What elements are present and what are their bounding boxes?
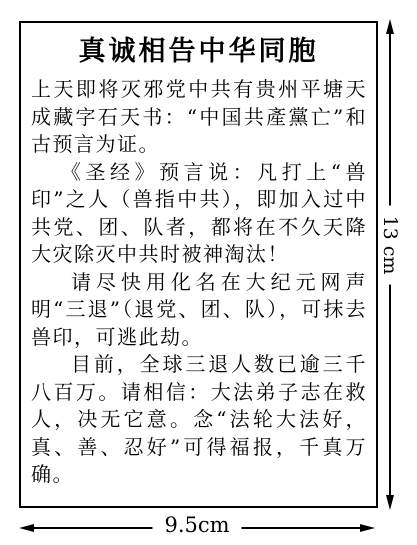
height-dimension-label: 13 cm <box>379 206 401 285</box>
paragraph-bible-prophecy: 《圣经》预言说：凡打上“兽印”之人（兽指中共），即加入过中共党、团、队者，都将在… <box>31 159 367 269</box>
paragraph-current-count: 目前，全球三退人数已逾三千八百万。请相信：大法弟子志在救人，决无它意。念“法轮大… <box>31 351 367 489</box>
width-dimension: 9.5cm <box>19 521 375 536</box>
paragraph-three-withdrawals: 请尽快用化名在大纪元网声明“三退”（退党、团、队），可抹去兽印，可逃此劫。 <box>31 269 367 352</box>
arrow-down-icon <box>386 495 394 510</box>
arrow-right-icon <box>360 524 375 532</box>
leaflet: 真诚相告中华同胞 上天即将灭邪党中共有贵州平塘天成藏字石天书：“中国共產黨亡”和… <box>19 21 378 508</box>
leaflet-body: 上天即将灭邪党中共有贵州平塘天成藏字石天书：“中国共產黨亡”和古预言为证。 《圣… <box>21 72 376 489</box>
paragraph-heaven-destroy: 上天即将灭邪党中共有贵州平塘天成藏字石天书：“中国共產黨亡”和古预言为证。 <box>31 76 367 159</box>
height-dimension: 13 cm <box>383 19 397 510</box>
scanned-page: 真诚相告中华同胞 上天即将灭邪党中共有贵州平塘天成藏字石天书：“中国共產黨亡”和… <box>0 0 417 545</box>
leaflet-title: 真诚相告中华同胞 <box>21 29 376 68</box>
width-dimension-label: 9.5cm <box>152 513 241 537</box>
